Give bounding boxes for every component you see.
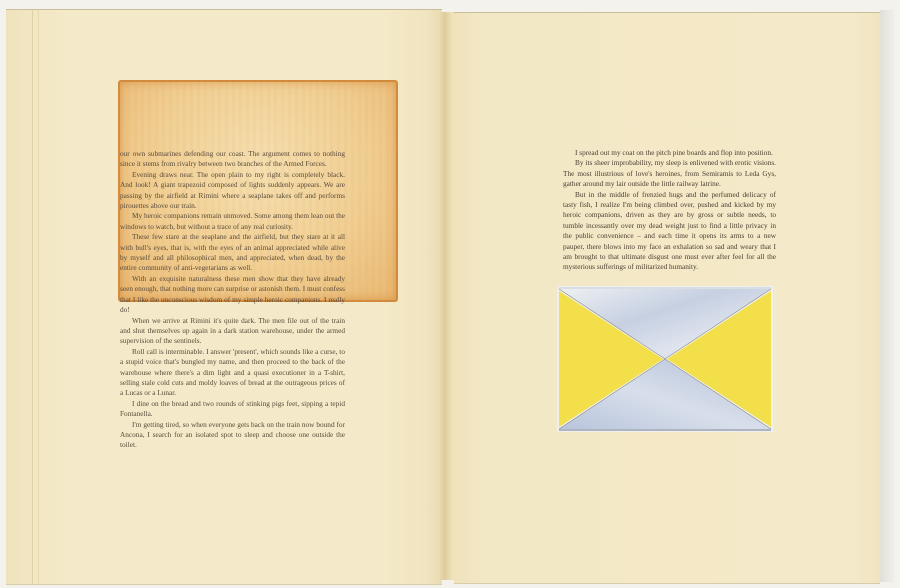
left-page-text: our own submarines defending our coast. … <box>120 149 345 451</box>
hourglass-illustration <box>557 286 773 432</box>
right-page-text: I spread out my coat on the pitch pine b… <box>563 148 776 273</box>
page-edge-line <box>32 10 33 584</box>
yellow-blue-hourglass-painting <box>557 286 773 432</box>
paragraph: These few stare at the seaplane and the … <box>120 232 345 274</box>
paragraph: I dine on the bread and two rounds of st… <box>120 399 345 420</box>
paragraph: With an exquisite naturalness these men … <box>120 274 345 316</box>
paragraph: When we arrive at Rimini it's quite dark… <box>120 316 345 347</box>
paragraph: By its sheer improbability, my sleep is … <box>563 158 776 189</box>
paragraph: Roll call is interminable. I answer 'pre… <box>120 347 345 399</box>
book-spread: our own submarines defending our coast. … <box>0 0 900 588</box>
paragraph: But in the middle of frenzied hugs and t… <box>563 190 776 273</box>
page-shadow <box>880 10 894 582</box>
paragraph: Evening draws near. The open plain to my… <box>120 170 345 212</box>
paragraph: I spread out my coat on the pitch pine b… <box>563 148 776 158</box>
paragraph: My heroic companions remain unmoved. Som… <box>120 211 345 232</box>
page-edge-line <box>38 10 39 584</box>
paragraph: I'm getting tired, so when everyone gets… <box>120 420 345 451</box>
paragraph: our own submarines defending our coast. … <box>120 149 345 170</box>
